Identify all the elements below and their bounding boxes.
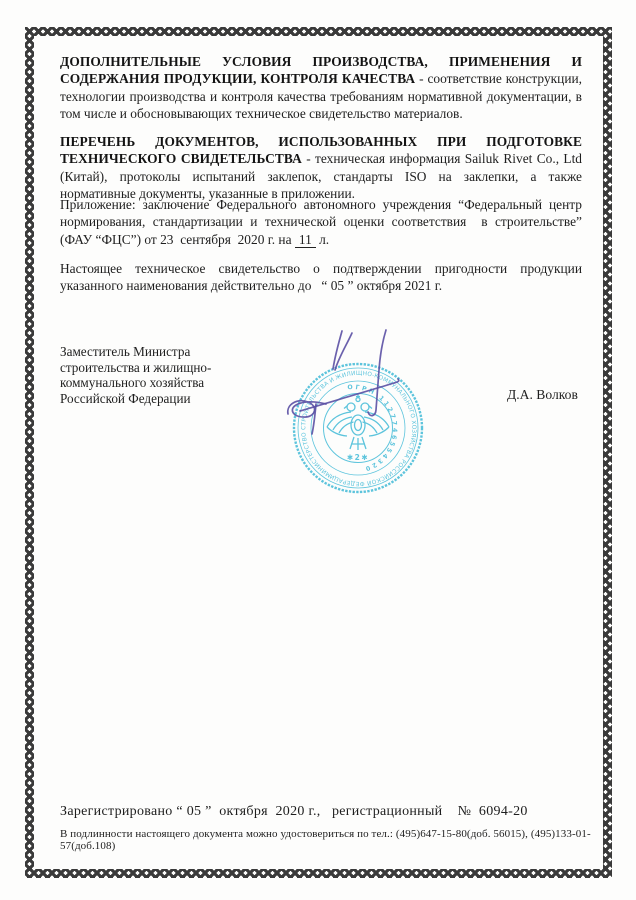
- documents-list-paragraph: ПЕРЕЧЕНЬ ДОКУМЕНТОВ, ИСПОЛЬЗОВАННЫХ ПРИ …: [60, 133, 582, 203]
- verification-phone-line: В подлинности настоящего документа можно…: [60, 828, 636, 852]
- additional-conditions-paragraph: ДОПОЛНИТЕЛЬНЫЕ УСЛОВИЯ ПРОИЗВОДСТВА, ПРИ…: [60, 53, 582, 123]
- signer-name: Д.А. Волков: [507, 387, 578, 403]
- signature-stroke: [300, 379, 399, 411]
- signature-stroke: [335, 333, 352, 370]
- validity-paragraph: Настоящее техническое свидетельство о по…: [60, 260, 582, 295]
- stamp-number: ✱2✱: [347, 453, 369, 462]
- signature-stroke: [368, 330, 386, 416]
- appendix-paragraph: Приложение: заключение Федерального авто…: [60, 196, 582, 248]
- registration-line: Зарегистрировано “ 05 ” октября 2020 г.,…: [60, 804, 528, 820]
- document-page: ДОПОЛНИТЕЛЬНЫЕ УСЛОВИЯ ПРОИЗВОДСТВА, ПРИ…: [0, 0, 636, 900]
- official-title: Заместитель Министра строительства и жил…: [60, 344, 211, 407]
- appendix-pages-count: 11: [295, 232, 316, 248]
- signature-ink: [280, 325, 410, 440]
- appendix-text-after: л.: [316, 232, 329, 247]
